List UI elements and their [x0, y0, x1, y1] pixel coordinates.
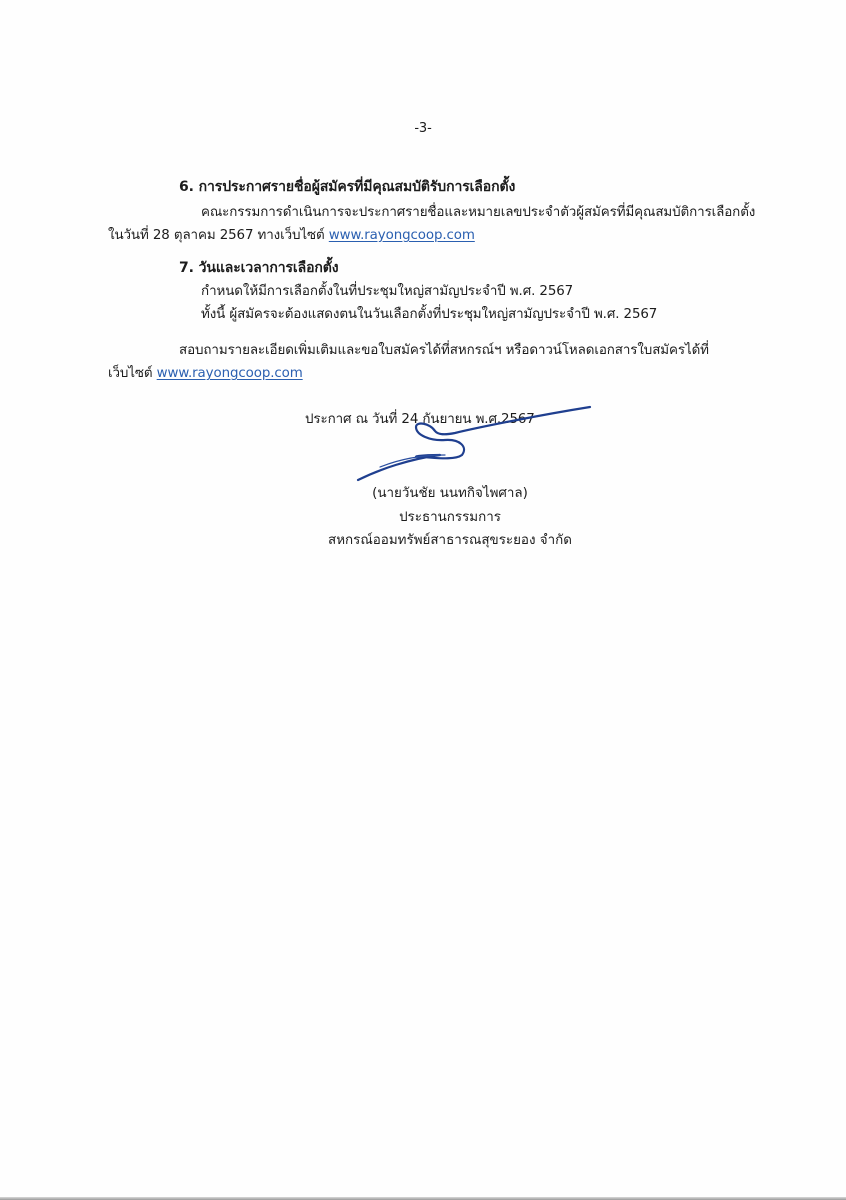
- section-6-body-text: ในวันที่ 28 ตุลาคม 2567 ทางเว็บไซต์: [108, 228, 329, 243]
- section-6-body-line-1: คณะกรรมการดำเนินการจะประกาศรายชื่อและหมา…: [201, 203, 755, 223]
- website-link[interactable]: www.rayongcoop.com: [157, 366, 303, 381]
- inquiry-line-2: เว็บไซต์ www.rayongcoop.com: [108, 364, 303, 384]
- signer-name: (นายวันชัย นนทกิจไพศาล): [300, 484, 600, 504]
- inquiry-line-1: สอบถามรายละเอียดเพิ่มเติมและขอใบสมัครได้…: [179, 341, 709, 361]
- page-number: -3-: [0, 119, 846, 139]
- inquiry-text: เว็บไซต์: [108, 366, 157, 381]
- section-7-body-line-1: กำหนดให้มีการเลือกตั้งในที่ประชุมใหญ่สาม…: [201, 282, 573, 302]
- organization-name: สหกรณ์ออมทรัพย์สาธารณสุขระยอง จำกัด: [300, 531, 600, 551]
- section-7-body-line-2: ทั้งนี้ ผู้สมัครจะต้องแสดงตนในวันเลือกตั…: [201, 305, 657, 325]
- website-link[interactable]: www.rayongcoop.com: [329, 228, 475, 243]
- signer-title: ประธานกรรมการ: [300, 508, 600, 528]
- signature-mark: [350, 405, 600, 495]
- section-6-heading: 6. การประกาศรายชื่อผู้สมัครที่มีคุณสมบัต…: [179, 177, 515, 197]
- section-7-heading: 7. วันและเวลาการเลือกตั้ง: [179, 258, 339, 278]
- document-page: -3- 6. การประกาศรายชื่อผู้สมัครที่มีคุณส…: [0, 0, 846, 1200]
- section-6-body-line-2: ในวันที่ 28 ตุลาคม 2567 ทางเว็บไซต์ www.…: [108, 226, 475, 246]
